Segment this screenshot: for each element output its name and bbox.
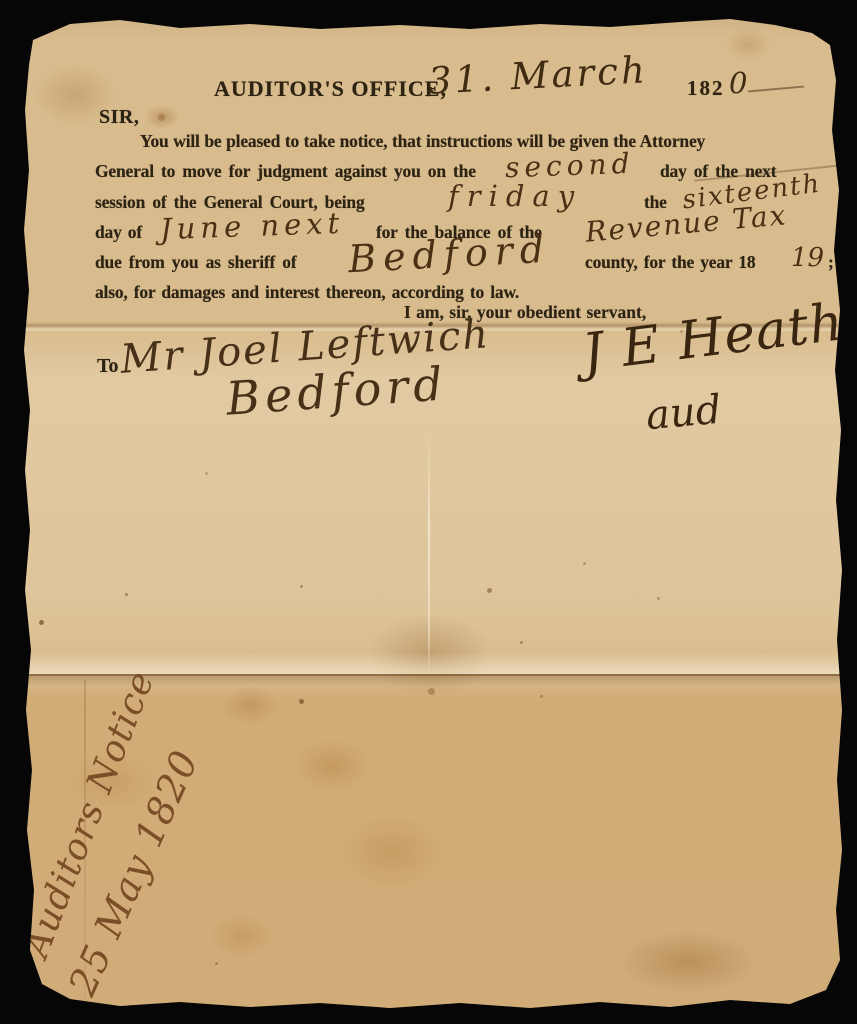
body-line-2-printed-a: General to move for judgment against you… [95,161,476,182]
salutation: SIR, [99,106,139,129]
address-to-printed: To [97,355,119,378]
header-office-title: AUDITOR'S OFFICE, [214,76,447,102]
signature-title: aud [644,387,723,439]
handwritten-friday: friday [448,179,582,213]
header-date-handwritten: 31. March [427,48,649,102]
handwritten-bedford: Bedford [347,227,552,282]
body-line-4-printed-a: day of [95,222,142,243]
body-line-5-printed-a: due from you as sheriff of [95,252,296,273]
ink-specks-and-stains [0,0,3,3]
body-line-5-punctuation: ; [828,252,834,273]
body-line-5-printed-b: county, for the year 18 [585,252,755,273]
body-line-6: also, for damages and interest thereon, … [95,282,519,303]
pen-flourish-year [748,86,804,93]
scan-background: AUDITOR'S OFFICE, 31. March 182 0 SIR, Y… [0,0,857,1024]
vertical-crease-center [428,428,430,676]
handwritten-year-19: 19 [791,243,824,273]
header-year-printed: 182 [687,76,725,101]
header-year-digit-handwritten: 0 [729,66,747,100]
handwritten-june-next: June next [159,206,344,246]
document-paper: AUDITOR'S OFFICE, 31. March 182 0 SIR, Y… [0,0,857,1024]
